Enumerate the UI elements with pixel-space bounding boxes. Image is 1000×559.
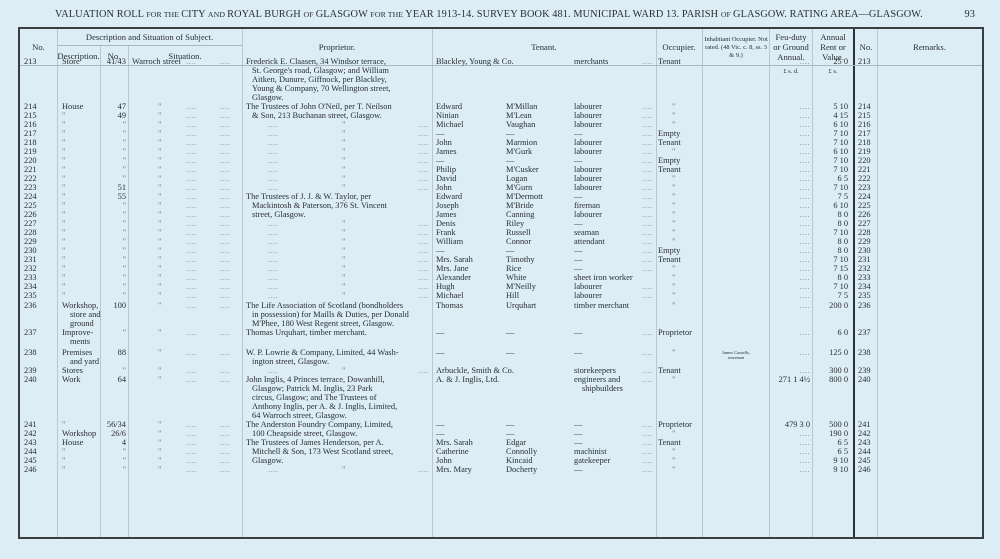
leader-dots: .... [642, 138, 652, 147]
description: " [62, 456, 102, 465]
tenant-first-name: David [436, 174, 506, 183]
leader-dots: .... [220, 57, 230, 66]
leader-dots: .... [642, 264, 652, 273]
entry-number: 241 [24, 420, 54, 429]
annual-rent: 500 0 [815, 420, 848, 429]
annual-rent: 7 10 [815, 138, 848, 147]
proprietor-line: Aitken, Dunure, Giffnock, per Blackley, [246, 75, 431, 84]
leader-dots: .... [418, 291, 428, 300]
description: " [62, 165, 102, 174]
entry-number-right: 238 [858, 348, 878, 357]
leader-dots: .... [642, 447, 652, 456]
leader-dots: .... [186, 210, 196, 219]
entry-number: 237 [24, 328, 54, 337]
entry-number: 223 [24, 183, 54, 192]
street-number: 26/6 [100, 429, 126, 438]
leader-dots: .... [642, 328, 652, 337]
feu-duty: .... [772, 192, 810, 201]
feu-duty: .... [772, 438, 810, 447]
feu-duty: .... [772, 366, 810, 375]
leader-dots: .... [220, 465, 230, 474]
proprietor-ditto: " [342, 465, 345, 474]
tenant-surname: Rice [506, 264, 576, 273]
feu-duty: .... [772, 156, 810, 165]
leader-dots: .... [418, 228, 428, 237]
annual-rent: 7 10 [815, 282, 848, 291]
entry-number-right: 217 [858, 129, 878, 138]
feu-duty: .... [772, 237, 810, 246]
description: " [62, 291, 102, 300]
title-segment: GLASGOW. RATING AREA—GLASGOW. [733, 9, 923, 20]
leader-dots: .... [220, 438, 230, 447]
leader-dots: .... [418, 147, 428, 156]
leader-dots: .... [220, 264, 230, 273]
situation: " [158, 156, 264, 165]
tenant-occupation: seaman [574, 228, 652, 237]
leader-dots: .... [186, 237, 196, 246]
tenant-surname: Riley [506, 219, 576, 228]
entry-number-right: 230 [858, 246, 878, 255]
leader-dots: .... [186, 201, 196, 210]
annual-rent: 7 10 [815, 156, 848, 165]
description: Stores [62, 366, 102, 375]
leader-dots: .... [220, 429, 230, 438]
leader-dots: .... [642, 429, 652, 438]
leader-dots: .... [220, 456, 230, 465]
description: " [62, 201, 102, 210]
entry-number: 217 [24, 129, 54, 138]
street-number: " [100, 147, 126, 156]
leader-dots: .... [418, 264, 428, 273]
rent-units: £ s. [814, 68, 852, 76]
proprietor-line: Young & Company, 70 Wellington street, [246, 84, 431, 93]
continued-text: ground [70, 319, 110, 328]
col-header-no: No. [20, 42, 57, 52]
leader-dots: .... [186, 273, 196, 282]
entry-number-right: 233 [858, 273, 878, 282]
tenant-occupation: labourer [574, 102, 652, 111]
entry-number-right: 229 [858, 237, 878, 246]
situation: " [158, 228, 264, 237]
leader-dots: .... [642, 120, 652, 129]
annual-rent: 300 0 [815, 366, 848, 375]
street-number: 88 [100, 348, 126, 357]
entry-number-right: 228 [858, 228, 878, 237]
street-number: 56/34 [100, 420, 126, 429]
street-number: 47 [100, 102, 126, 111]
leader-dots: .... [220, 192, 230, 201]
street-number: " [100, 165, 126, 174]
leader-dots: .... [220, 291, 230, 300]
entry-number: 214 [24, 102, 54, 111]
col-header-remarks: Remarks. [877, 42, 982, 52]
proprietor-entry: The Trustees of J. J. & W. Taylor, perMa… [246, 192, 431, 219]
feu-duty: .... [772, 264, 810, 273]
leader-dots: .... [220, 111, 230, 120]
leader-dots: .... [186, 129, 196, 138]
leader-dots: .... [642, 210, 652, 219]
entry-number-right: 218 [858, 138, 878, 147]
title-segment: FOR THE [146, 10, 181, 19]
proprietor-ditto: " [342, 264, 345, 273]
proprietor-line: 100 Cheapside street, Glasgow. [246, 429, 431, 438]
title-segment: AND [208, 10, 227, 19]
leader-dots: .... [418, 165, 428, 174]
annual-rent: 7 15 [815, 264, 848, 273]
annual-rent: 5 10 [815, 102, 848, 111]
leader-dots: .... [268, 273, 278, 282]
occupier-status: " [672, 264, 716, 273]
description: " [62, 237, 102, 246]
proprietor-ditto: " [342, 246, 345, 255]
annual-rent: 6 5 [815, 447, 848, 456]
occupier-status: " [672, 210, 716, 219]
proprietor-line: W. P. Lowrie & Company, Limited, 44 Wash… [246, 348, 431, 357]
feu-duty: .... [772, 246, 810, 255]
title-segment: OF [721, 10, 733, 19]
occupier-status: Tenant [658, 57, 702, 66]
tenant-first-name: A. & J. Inglis, Ltd. [436, 375, 506, 384]
situation: " [158, 174, 264, 183]
col-rule [656, 29, 657, 537]
leader-dots: .... [268, 255, 278, 264]
entry-number: 216 [24, 120, 54, 129]
continued-text: ments [70, 337, 110, 346]
description: " [62, 111, 102, 120]
tenant-occupation: labourer [574, 120, 652, 129]
leader-dots: .... [220, 174, 230, 183]
proprietor-line: John Inglis, 4 Princes terrace, Dowanhil… [246, 375, 431, 384]
proprietor-line: The Anderston Foundry Company, Limited, [246, 420, 431, 429]
entry-number-right: 231 [858, 255, 878, 264]
feu-duty: .... [772, 219, 810, 228]
leader-dots: .... [220, 255, 230, 264]
annual-rent: 4 15 [815, 111, 848, 120]
entry-number-right: 243 [858, 438, 878, 447]
tenant-occupation: attendant [574, 237, 652, 246]
entry-number-right: 246 [858, 465, 878, 474]
entry-number-right: 224 [858, 192, 878, 201]
leader-dots: .... [642, 465, 652, 474]
tenant-first-name: — [436, 429, 506, 438]
leader-dots: .... [642, 147, 652, 156]
tenant-surname: M'Neilly [506, 282, 576, 291]
entry-number: 232 [24, 264, 54, 273]
feu-duty: .... [772, 273, 810, 282]
feu-duty: .... [772, 165, 810, 174]
street-number: 51 [100, 183, 126, 192]
tenant-first-name: John [436, 183, 506, 192]
tenant-occupation: fireman [574, 201, 652, 210]
proprietor-entry: The Anderston Foundry Company, Limited,1… [246, 420, 431, 438]
leader-dots: .... [268, 282, 278, 291]
description: House [62, 102, 102, 111]
entry-number: 226 [24, 210, 54, 219]
occupier-status: " [672, 273, 716, 282]
tenant-surname: — [506, 328, 576, 337]
tenant-occupation: labourer [574, 165, 652, 174]
feu-units: £ s. d. [771, 68, 811, 76]
tenant-occupation: labourer [574, 147, 652, 156]
entry-number: 243 [24, 438, 54, 447]
leader-dots: .... [642, 129, 652, 138]
proprietor-ditto: " [342, 237, 345, 246]
col-rule [812, 29, 813, 537]
entry-number: 224 [24, 192, 54, 201]
entry-number: 244 [24, 447, 54, 456]
tenant-occupation: — [574, 429, 652, 438]
annual-rent: 9 10 [815, 456, 848, 465]
proprietor-line: The Trustees of James Henderson, per A. [246, 438, 431, 447]
leader-dots: .... [186, 282, 196, 291]
street-number: " [100, 138, 126, 147]
entry-number-right: 237 [858, 328, 878, 337]
tenant-first-name: Michael [436, 120, 506, 129]
occupier-status: " [672, 237, 716, 246]
entry-number-right: 226 [858, 210, 878, 219]
annual-rent: 190 0 [815, 429, 848, 438]
description: Premises [62, 348, 102, 357]
feu-duty: .... [772, 447, 810, 456]
leader-dots: .... [418, 138, 428, 147]
occupier-status: Proprietor [658, 420, 702, 429]
proprietor-line: M'Phee, 180 West Regent street, Glasgow. [246, 319, 431, 328]
tenant-first-name: Arbuckle, Smith & Co. [436, 366, 506, 375]
title-segment: YEAR 1913-14. SURVEY BOOK 481. MUNICIPAL… [405, 9, 721, 20]
tenant-occupation: engineers and [574, 375, 652, 384]
tenant-occupation: labourer [574, 174, 652, 183]
leader-dots: .... [268, 246, 278, 255]
leader-dots: .... [642, 57, 652, 66]
entry-number: 231 [24, 255, 54, 264]
tenant-surname: M'Bride [506, 201, 576, 210]
proprietor-entry: John Inglis, 4 Princes terrace, Dowanhil… [246, 375, 431, 420]
tenant-surname: Connor [506, 237, 576, 246]
street-number: " [100, 366, 126, 375]
entry-number-right: 215 [858, 111, 878, 120]
tenant-first-name: Edward [436, 102, 506, 111]
entry-number: 228 [24, 228, 54, 237]
tenant-surname: Canning [506, 210, 576, 219]
tenant-first-name: Mrs. Sarah [436, 438, 506, 447]
leader-dots: .... [642, 282, 652, 291]
col-header-proprietor: Proprietor. [242, 42, 432, 52]
situation: " [158, 165, 264, 174]
situation: " [158, 237, 264, 246]
entry-number-right: 227 [858, 219, 878, 228]
situation: " [158, 273, 264, 282]
tenant-first-name: Frank [436, 228, 506, 237]
leader-dots: .... [642, 219, 652, 228]
description: Improve- [62, 328, 102, 337]
occupier-status: Empty [658, 246, 702, 255]
situation: " [158, 183, 264, 192]
proprietor-ditto: " [342, 219, 345, 228]
tenant-first-name: John [436, 138, 506, 147]
tenant-surname: M'Cusker [506, 165, 576, 174]
street-number: 49 [100, 111, 126, 120]
leader-dots: .... [220, 328, 230, 337]
proprietor-line: Frederick E. Claasen, 34 Windsor terrace… [246, 57, 431, 66]
leader-dots: .... [220, 201, 230, 210]
leader-dots: .... [642, 366, 652, 375]
occupier-status: " [672, 219, 716, 228]
description: " [62, 147, 102, 156]
note-line: storeman [704, 355, 768, 360]
entry-number-right: 235 [858, 291, 878, 300]
description: " [62, 183, 102, 192]
description: " [62, 228, 102, 237]
entry-number: 239 [24, 366, 54, 375]
leader-dots: .... [220, 237, 230, 246]
situation: " [158, 291, 264, 300]
tenant-surname: Kincaid [506, 456, 576, 465]
proprietor-ditto: " [342, 165, 345, 174]
feu-duty: .... [772, 129, 810, 138]
leader-dots: .... [418, 255, 428, 264]
tenant-occupation: labourer [574, 183, 652, 192]
proprietor-line: Mackintosh & Paterson, 376 St. Vincent [246, 201, 431, 210]
leader-dots: .... [186, 375, 196, 384]
tenant-occupation: labourer [574, 210, 652, 219]
street-number: " [100, 328, 126, 337]
street-number: 55 [100, 192, 126, 201]
annual-rent: 7 5 [815, 192, 848, 201]
description: " [62, 192, 102, 201]
leader-dots: .... [186, 246, 196, 255]
leader-dots: .... [268, 147, 278, 156]
tenant-first-name: — [436, 348, 506, 357]
description: " [62, 447, 102, 456]
entry-number-right: 220 [858, 156, 878, 165]
annual-rent: 8 0 [815, 210, 848, 219]
leader-dots: .... [186, 174, 196, 183]
occupier-status: " [672, 429, 716, 438]
occupier-status: " [672, 147, 716, 156]
entry-number-right: 239 [858, 366, 878, 375]
street-number: 4 [100, 438, 126, 447]
leader-dots: .... [220, 301, 230, 310]
leader-dots: .... [268, 183, 278, 192]
occupier-status: " [672, 456, 716, 465]
tenant-surname: Timothy [506, 255, 576, 264]
entry-number: 227 [24, 219, 54, 228]
feu-duty: .... [772, 174, 810, 183]
entry-number-right: 221 [858, 165, 878, 174]
street-number: " [100, 174, 126, 183]
annual-rent: 6 10 [815, 201, 848, 210]
entry-number-right: 213 [858, 57, 878, 66]
leader-dots: .... [220, 219, 230, 228]
occupier-status: " [672, 120, 716, 129]
situation: " [158, 255, 264, 264]
continued-text: and yard [70, 357, 110, 366]
tenant-first-name: — [436, 156, 506, 165]
entry-number: 236 [24, 301, 54, 310]
feu-duty: .... [772, 228, 810, 237]
leader-dots: .... [220, 156, 230, 165]
feu-duty: .... [772, 210, 810, 219]
description: Workshop [62, 429, 102, 438]
proprietor-line: Anthony Inglis, per A. & J. Inglis, Limi… [246, 402, 431, 411]
annual-rent: 7 5 [815, 291, 848, 300]
feu-duty: .... [772, 120, 810, 129]
tenant-occupation: labourer [574, 282, 652, 291]
col-header-occupier: Occupier. [656, 42, 702, 52]
tenant-occupation: — [574, 264, 652, 273]
occupier-status: " [672, 291, 716, 300]
entry-number: 246 [24, 465, 54, 474]
street-number: " [100, 210, 126, 219]
leader-dots: .... [418, 273, 428, 282]
annual-rent: 8 0 [815, 219, 848, 228]
tenant-surname: Logan [506, 174, 576, 183]
situation: " [158, 246, 264, 255]
leader-dots: .... [186, 228, 196, 237]
entry-number: 234 [24, 282, 54, 291]
entry-number-right: 240 [858, 375, 878, 384]
leader-dots: .... [642, 237, 652, 246]
leader-dots: .... [186, 255, 196, 264]
tenant-occupation: timber merchant [574, 301, 652, 310]
occupier-status: Tenant [658, 165, 702, 174]
tenant-surname: Russell [506, 228, 576, 237]
leader-dots: .... [418, 219, 428, 228]
title-segment: CITY [181, 9, 208, 20]
street-number: " [100, 219, 126, 228]
leader-dots: .... [268, 237, 278, 246]
street-number: " [100, 120, 126, 129]
page-number: 93 [965, 9, 976, 20]
tenant-first-name: James [436, 210, 506, 219]
street-number: " [100, 291, 126, 300]
title-segment: ROYAL BURGH [227, 9, 303, 20]
leader-dots: .... [418, 120, 428, 129]
entry-number: 215 [24, 111, 54, 120]
page-header: VALUATION ROLL FOR THE CITY AND ROYAL BU… [55, 9, 975, 20]
title-segment: FOR THE [370, 10, 405, 19]
entry-number: 213 [24, 57, 54, 66]
occupier-status: " [672, 301, 716, 310]
proprietor-ditto: " [342, 282, 345, 291]
entry-number-right: 244 [858, 447, 878, 456]
description: " [62, 120, 102, 129]
tenant-first-name: Joseph [436, 201, 506, 210]
leader-dots: .... [418, 366, 428, 375]
tenant-first-name: — [436, 129, 506, 138]
leader-dots: .... [642, 165, 652, 174]
occupier-status: Proprietor [658, 328, 702, 337]
col-rule [769, 29, 770, 537]
annual-rent: 7 10 [815, 183, 848, 192]
proprietor-entry: W. P. Lowrie & Company, Limited, 44 Wash… [246, 348, 431, 366]
proprietor-ditto: " [342, 291, 345, 300]
leader-dots: .... [186, 438, 196, 447]
leader-dots: .... [186, 264, 196, 273]
feu-duty: .... [772, 201, 810, 210]
leader-dots: .... [268, 156, 278, 165]
proprietor-ditto: " [342, 147, 345, 156]
leader-dots: .... [642, 228, 652, 237]
tenant-occupation: — [574, 129, 652, 138]
leader-dots: .... [186, 465, 196, 474]
annual-rent: 200 0 [815, 301, 848, 310]
entry-number: 233 [24, 273, 54, 282]
feu-duty: 271 1 4½ [772, 375, 810, 384]
description: " [62, 219, 102, 228]
tenant-first-name: Mrs. Jane [436, 264, 506, 273]
col-rule [128, 45, 129, 537]
